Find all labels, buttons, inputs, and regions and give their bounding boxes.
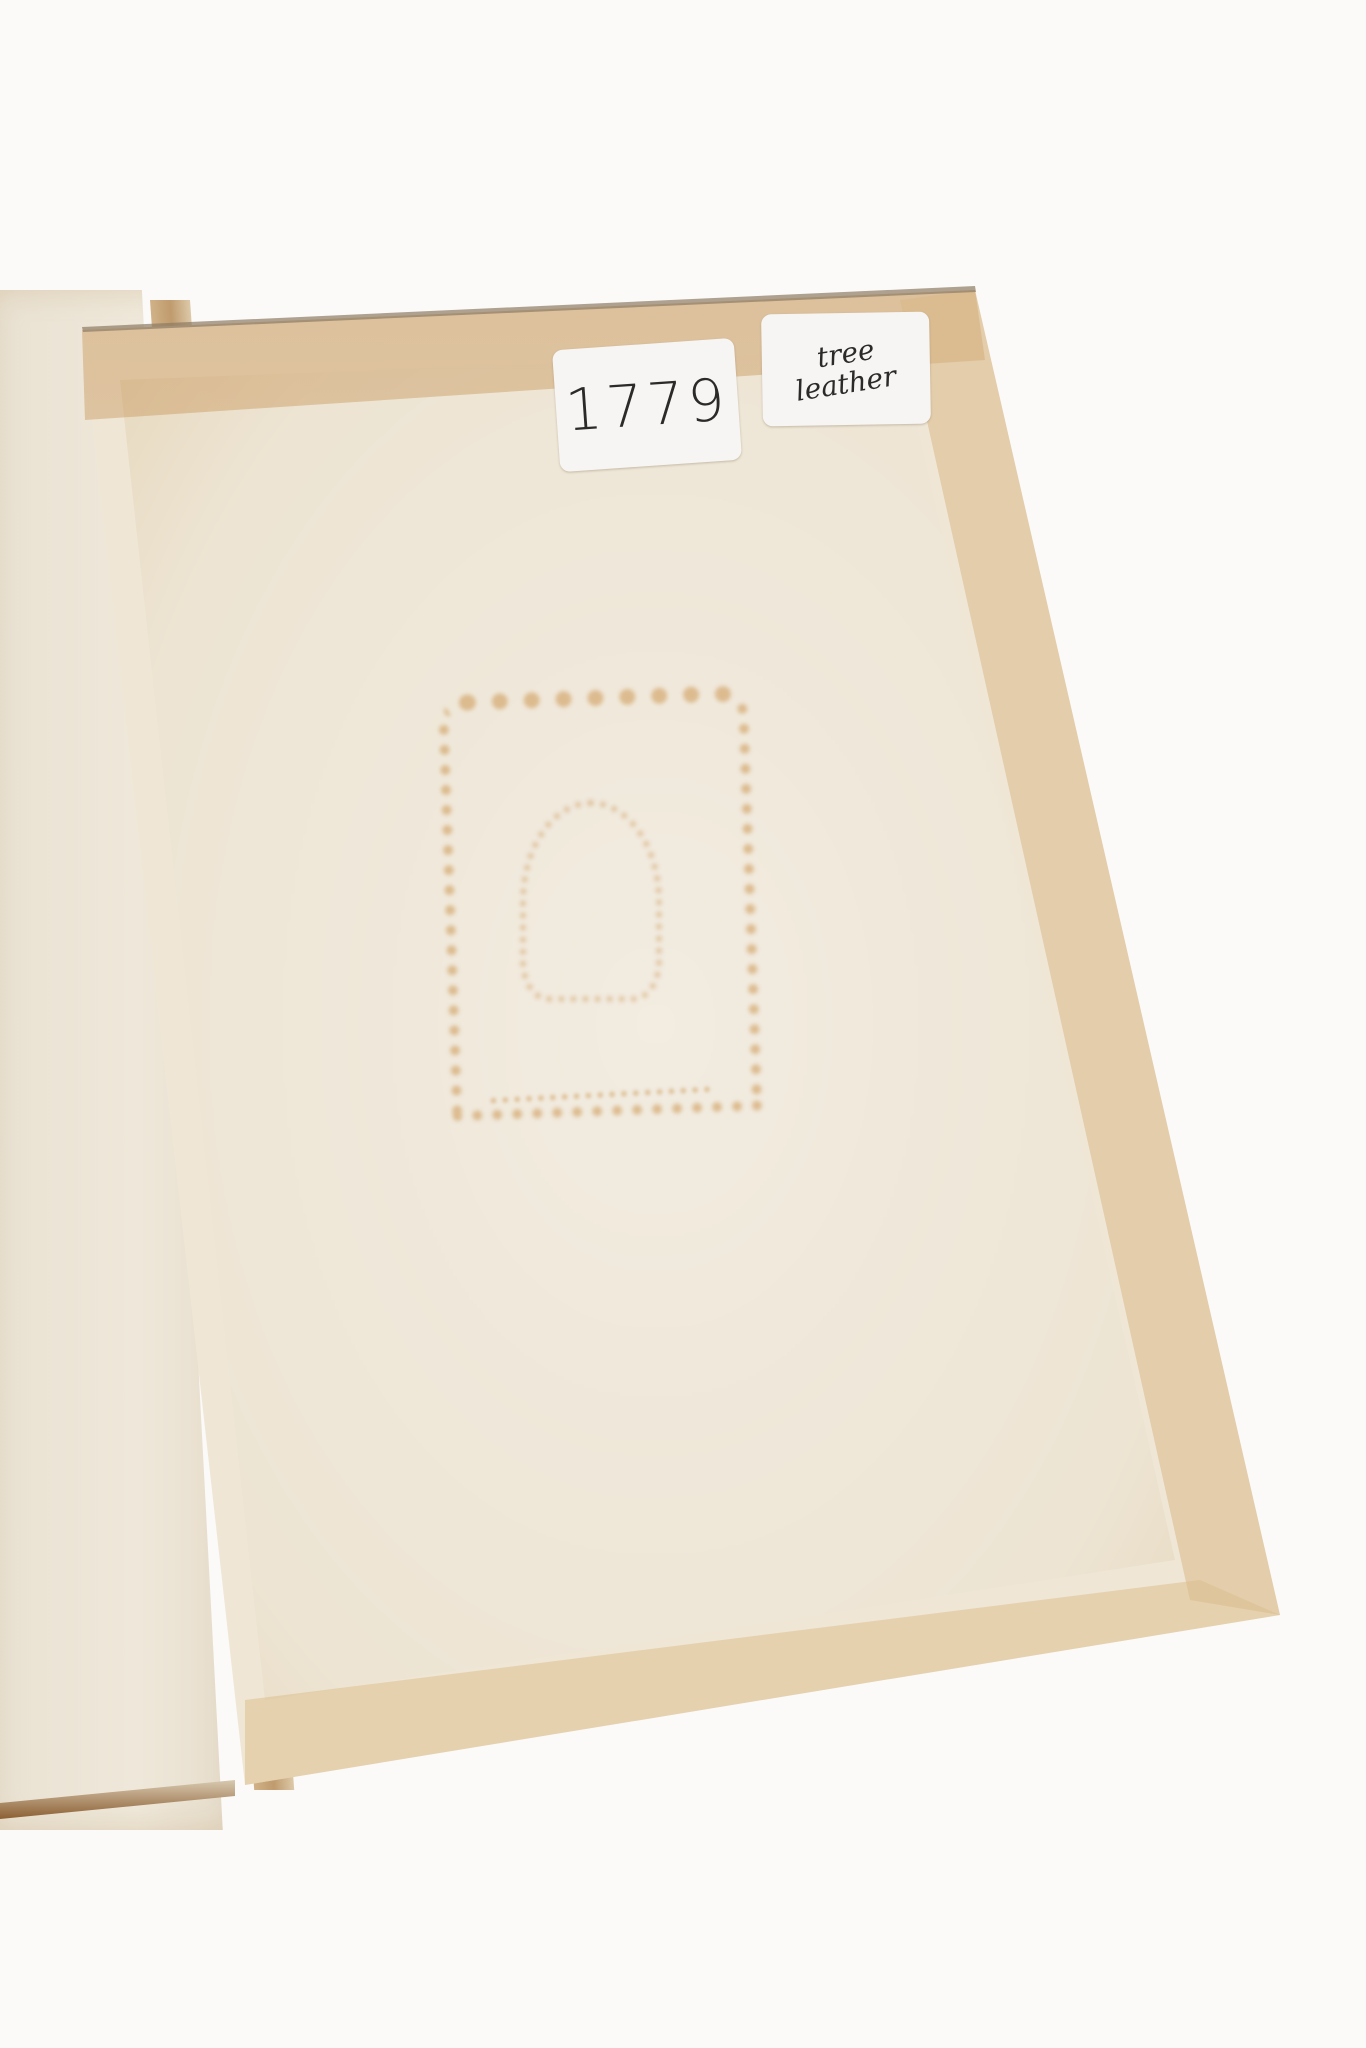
year-sticker: 1779 [552, 338, 742, 472]
year-text: 1779 [563, 365, 731, 444]
binding-note-sticker: tree leather [761, 312, 931, 427]
offset-portrait [520, 800, 662, 1002]
photo-scene: 1779 tree leather [0, 0, 1366, 2048]
note-line-2: leather [794, 361, 899, 407]
